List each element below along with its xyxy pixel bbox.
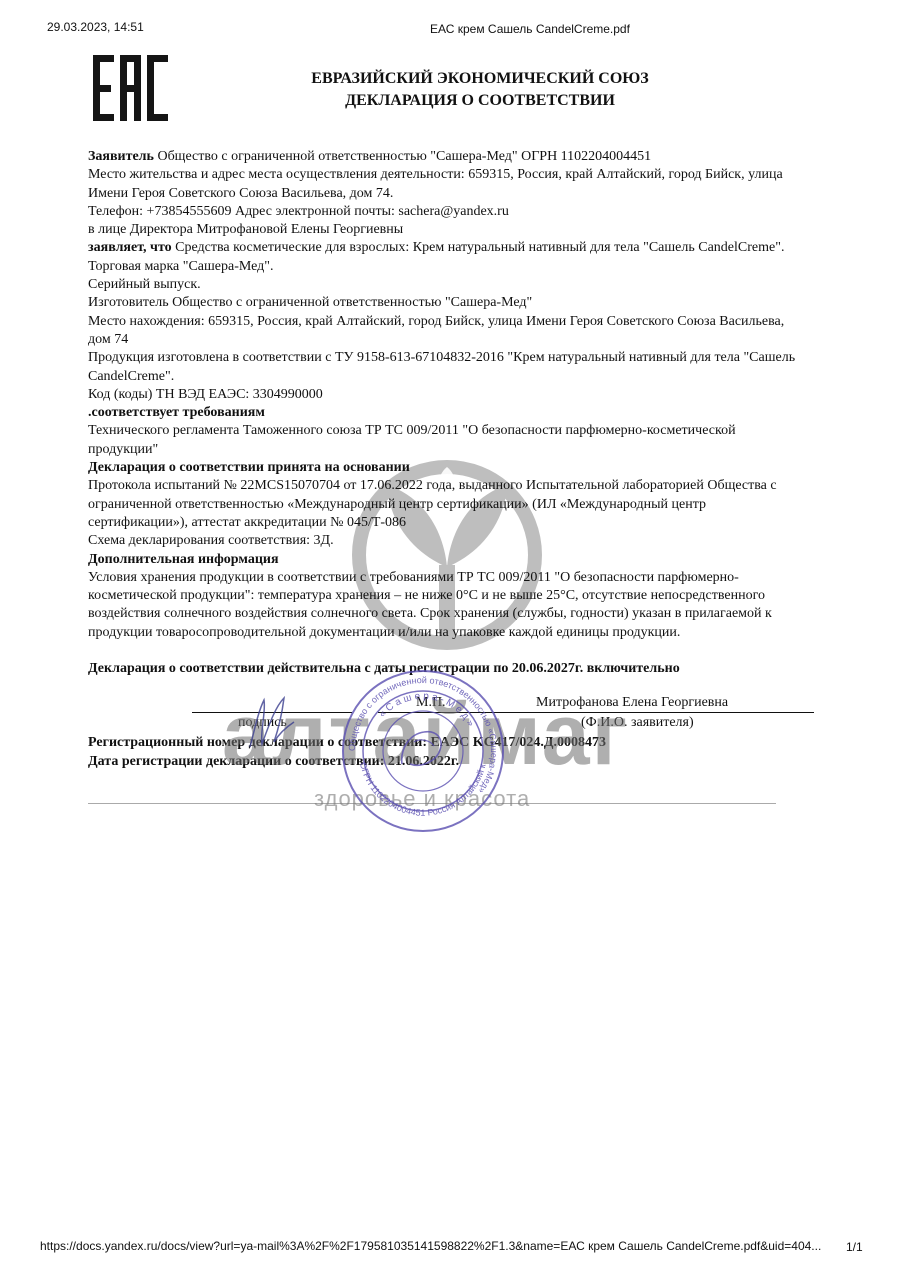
additional-heading: Дополнительная информация [88,551,808,569]
basis-heading: Декларация о соответствии принята на осн… [88,459,808,477]
declaration-scheme: Схема декларирования соответствия: 3Д. [88,532,808,550]
watermark-subtitle: здоровье и красота [314,786,530,812]
product-code: Код (коды) ТН ВЭД ЕАЭС: 3304990000 [88,386,808,404]
applicant-line: Заявитель Общество с ограниченной ответс… [88,148,808,166]
print-datetime: 29.03.2023, 14:51 [47,20,144,34]
conforms-heading-text: .соответствует требованиям [88,405,265,420]
conforms-value: Технического регламента Таможенного союз… [88,422,808,459]
manufacturer-address: Место нахождения: 659315, Россия, край А… [88,313,808,350]
applicant-represented-by: в лице Директора Митрофановой Елены Геор… [88,221,808,239]
additional-heading-text: Дополнительная информация [88,552,279,567]
manufacturer: Изготовитель Общество с ограниченной отв… [88,294,808,312]
declares-line: заявляет, что Средства косметические для… [88,239,808,276]
print-footer-url: https://docs.yandex.ru/docs/view?url=ya-… [40,1239,821,1253]
additional-value: Условия хранения продукции в соответстви… [88,569,808,642]
validity: Декларация о соответствии действительна … [88,660,808,678]
declares-label: заявляет, что [88,240,172,255]
applicant-address: Место жительства и адрес места осуществл… [88,166,808,203]
print-footer-page: 1/1 [846,1240,863,1254]
signatory-name: Митрофанова Елена Георгиевна [536,694,728,712]
print-doc-title: ЕАС крем Сашель CandelCreme.pdf [430,22,630,36]
registration-number: Регистрационный номер декларации о соотв… [88,734,808,752]
eac-logo-icon [93,55,168,121]
registration-date-text: Дата регистрации декларации о соответств… [88,754,459,769]
signature-block: подпись М.П. Митрофанова Елена Георгиевн… [88,692,808,734]
signature-label: подпись [238,714,287,732]
registration-date: Дата регистрации декларации о соответств… [88,753,808,771]
applicant-value: Общество с ограниченной ответственностью… [157,149,651,164]
conforms-heading: .соответствует требованиям [88,404,808,422]
basis-value: Протокола испытаний № 22MCS15070704 от 1… [88,477,808,532]
release-type: Серийный выпуск. [88,276,808,294]
declares-value: Средства косметические для взрослых: Кре… [88,240,784,273]
document-title: ЕВРАЗИЙСКИЙ ЭКОНОМИЧЕСКИЙ СОЮЗ ДЕКЛАРАЦИ… [200,68,760,112]
title-union: ЕВРАЗИЙСКИЙ ЭКОНОМИЧЕСКИЙ СОЮЗ [200,68,760,90]
declaration-body: Заявитель Общество с ограниченной ответс… [88,148,808,771]
signature-line [192,712,352,713]
document-page: 29.03.2023, 14:51 ЕАС крем Сашель Candel… [0,0,900,1273]
registration-number-text: Регистрационный номер декларации о соотв… [88,735,606,750]
applicant-label: Заявитель [88,149,154,164]
bottom-divider [88,803,776,804]
title-declaration: ДЕКЛАРАЦИЯ О СООТВЕТСТВИИ [200,90,760,112]
seal-label: М.П. [416,694,446,712]
product-standard: Продукция изготовлена в соответствии с Т… [88,349,808,386]
signatory-name-label: (Ф.И.О. заявителя) [581,714,694,732]
basis-heading-text: Декларация о соответствии принята на осн… [88,460,410,475]
applicant-contacts: Телефон: +73854555609 Адрес электронной … [88,203,808,221]
validity-text: Декларация о соответствии действительна … [88,661,680,676]
